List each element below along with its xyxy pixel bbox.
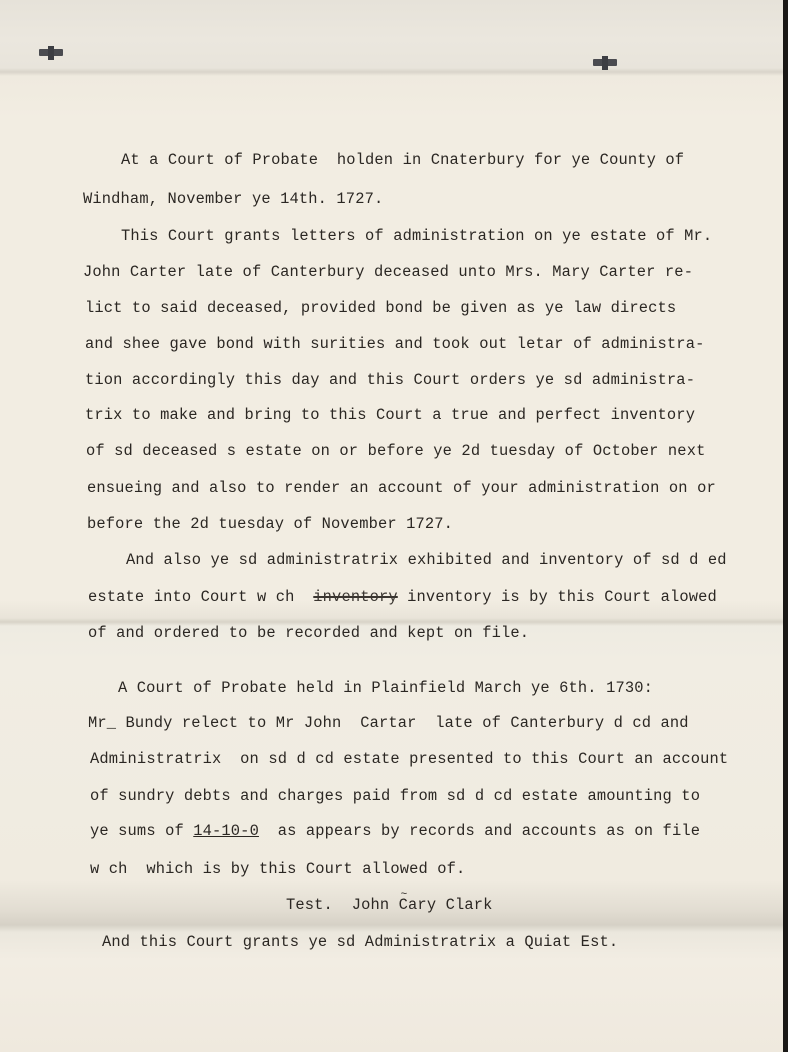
signer-first-name: John	[352, 896, 390, 914]
paragraph-2-line-6: trix to make and bring to this Court a t…	[85, 405, 695, 425]
line-text-rest: as appears by records and accounts as on…	[278, 822, 700, 840]
sum-amount: 14-10-0	[193, 822, 259, 840]
paragraph-2-line-7: of sd deceased s estate on or before ye …	[86, 441, 705, 461]
paragraph-5-line-1: And this Court grants ye sd Administratr…	[102, 932, 618, 952]
paragraph-2-line-5: tion accordingly this day and this Court…	[85, 370, 695, 390]
attestation-line: Test. John Cary Clark	[286, 895, 493, 915]
paragraph-4-line-2: Mr_ Bundy relect to Mr John Cartar late …	[88, 713, 689, 733]
line-text: ye sums of	[90, 822, 184, 840]
attestation-prefix: Test.	[286, 896, 333, 914]
page-edge-shadow	[783, 0, 788, 1052]
paragraph-4-line-3: Administratrix on sd d cd estate present…	[90, 749, 728, 769]
paragraph-1-line-2: Windham, November ye 14th. 1727.	[83, 189, 383, 209]
signer-title: Clark	[446, 896, 493, 914]
paragraph-4-line-6: w ch which is by this Court allowed of.	[90, 859, 465, 879]
paragraph-3-line-2: estate into Court w ch inventory invento…	[88, 587, 717, 607]
paragraph-4-line-1: A Court of Probate held in Plainfield Ma…	[118, 678, 653, 698]
paragraph-3-line-3: of and ordered to be recorded and kept o…	[88, 623, 529, 643]
paragraph-2-line-9: before the 2d tuesday of November 1727.	[87, 514, 453, 534]
line-text-rest: inventory is by this Court alowed	[407, 588, 717, 606]
signer-middle-name: Cary	[399, 895, 437, 915]
paragraph-4-line-5: ye sums of 14-10-0 as appears by records…	[90, 821, 700, 841]
paragraph-2-line-1: This Court grants letters of administrat…	[121, 226, 712, 246]
struck-word: inventory	[313, 588, 397, 606]
paragraph-4-line-4: of sundry debts and charges paid from sd…	[90, 786, 700, 806]
paragraph-3-line-1: And also ye sd administratrix exhibited …	[126, 550, 727, 570]
paragraph-1-line-1: At a Court of Probate holden in Cnaterbu…	[121, 150, 684, 170]
paper-fastener-left	[39, 46, 63, 56]
paragraph-2-line-3: lict to said deceased, provided bond be …	[85, 298, 676, 318]
line-text: estate into Court w ch	[88, 588, 295, 606]
paragraph-2-line-4: and shee gave bond with surities and too…	[85, 334, 704, 354]
paragraph-2-line-8: ensueing and also to render an account o…	[87, 478, 716, 498]
paragraph-2-line-2: John Carter late of Canterbury deceased …	[83, 262, 693, 282]
paper-fastener-right	[593, 56, 617, 66]
